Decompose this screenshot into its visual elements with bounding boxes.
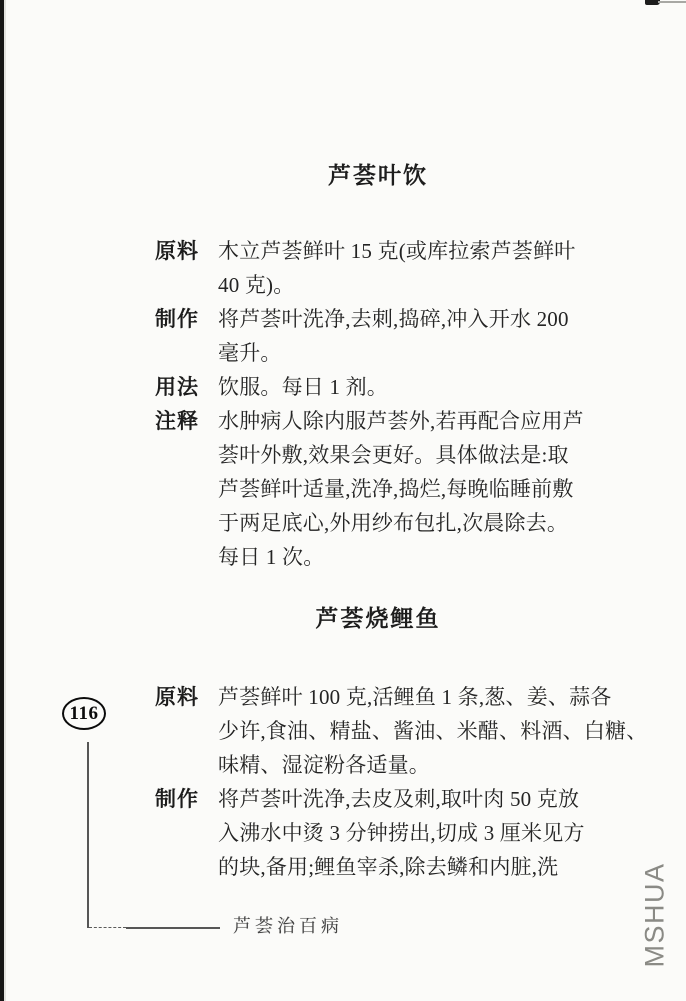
text-line: 少许,食油、精盐、酱油、米醋、料酒、白糖、 [218, 714, 647, 748]
text-line: 荟叶外敷,效果会更好。具体做法是:取 [218, 438, 630, 472]
entry-text: 木立芦荟鲜叶 15 克(或库拉索芦荟鲜叶 40 克)。 [218, 234, 630, 302]
text-line: 芦荟鲜叶适量,洗净,捣烂,每晚临睡前敷 [218, 472, 630, 506]
recipe-title-aloe-braised-carp: 芦荟烧鲤鱼 [155, 605, 601, 633]
text-line: 饮服。每日 1 剂。 [218, 370, 630, 404]
text-line: 入沸水中烫 3 分钟捞出,切成 3 厘米见方 [218, 816, 630, 850]
margin-guide-vertical-line [87, 742, 89, 928]
text-line: 味精、湿淀粉各适量。 [218, 748, 647, 782]
entry-text: 将芦荟叶洗净,去刺,捣碎,冲入开水 200 毫升。 [218, 302, 630, 370]
text-line: 于两足底心,外用纱布包扎,次晨除去。 [218, 506, 630, 540]
text-line: 水肿病人除内服芦荟外,若再配合应用芦 [218, 404, 630, 438]
entry-label: 用法 [155, 370, 218, 404]
entry-label: 原料 [155, 680, 218, 714]
scan-corner-line [658, 1, 686, 3]
entry-label: 制作 [155, 782, 218, 816]
entry-preparation: 制作 将芦荟叶洗净,去皮及刺,取叶肉 50 克放 入沸水中烫 3 分钟捞出,切成… [155, 782, 630, 884]
entry-ingredients: 原料 木立芦荟鲜叶 15 克(或库拉索芦荟鲜叶 40 克)。 [155, 234, 630, 302]
page-number: 116 [70, 703, 99, 725]
text-line: 木立芦荟鲜叶 15 克(或库拉索芦荟鲜叶 [218, 234, 630, 268]
footer-rule [126, 927, 220, 929]
entry-label: 制作 [155, 302, 218, 336]
entry-label: 注释 [155, 404, 218, 438]
book-footer-title: 芦荟治百病 [233, 912, 343, 938]
entry-label: 原料 [155, 234, 218, 268]
text-line: 每日 1 次。 [218, 540, 630, 574]
scan-edge-left-soft [4, 0, 6, 1001]
watermark-text: MSHUA [640, 853, 670, 978]
recipe-2-entries: 原料 芦荟鲜叶 100 克,活鲤鱼 1 条,葱、姜、蒜各 少许,食油、精盐、酱油… [155, 680, 630, 884]
text-line: 的块,备用;鲤鱼宰杀,除去鳞和内脏,洗 [218, 850, 630, 884]
entry-preparation: 制作 将芦荟叶洗净,去刺,捣碎,冲入开水 200 毫升。 [155, 302, 630, 370]
entry-text: 芦荟鲜叶 100 克,活鲤鱼 1 条,葱、姜、蒜各 少许,食油、精盐、酱油、米醋… [218, 680, 647, 782]
text-line: 毫升。 [218, 336, 630, 370]
text-line: 将芦荟叶洗净,去刺,捣碎,冲入开水 200 [218, 302, 630, 336]
book-page: 芦荟叶饮 原料 木立芦荟鲜叶 15 克(或库拉索芦荟鲜叶 40 克)。 制作 将… [0, 0, 686, 1001]
footer-dashed-line [89, 927, 126, 928]
entry-text: 水肿病人除内服芦荟外,若再配合应用芦 荟叶外敷,效果会更好。具体做法是:取 芦荟… [218, 404, 630, 574]
entry-text: 饮服。每日 1 剂。 [218, 370, 630, 404]
entry-usage: 用法 饮服。每日 1 剂。 [155, 370, 630, 404]
entry-notes: 注释 水肿病人除内服芦荟外,若再配合应用芦 荟叶外敷,效果会更好。具体做法是:取… [155, 404, 630, 574]
page-number-badge: 116 [62, 697, 106, 730]
text-line: 芦荟鲜叶 100 克,活鲤鱼 1 条,葱、姜、蒜各 [218, 680, 647, 714]
recipe-1-entries: 原料 木立芦荟鲜叶 15 克(或库拉索芦荟鲜叶 40 克)。 制作 将芦荟叶洗净… [155, 234, 630, 574]
entry-ingredients: 原料 芦荟鲜叶 100 克,活鲤鱼 1 条,葱、姜、蒜各 少许,食油、精盐、酱油… [155, 680, 630, 782]
text-line: 40 克)。 [218, 268, 630, 302]
entry-text: 将芦荟叶洗净,去皮及刺,取叶肉 50 克放 入沸水中烫 3 分钟捞出,切成 3 … [218, 782, 630, 884]
text-line: 将芦荟叶洗净,去皮及刺,取叶肉 50 克放 [218, 782, 630, 816]
recipe-title-aloe-leaf-drink: 芦荟叶饮 [155, 162, 601, 190]
